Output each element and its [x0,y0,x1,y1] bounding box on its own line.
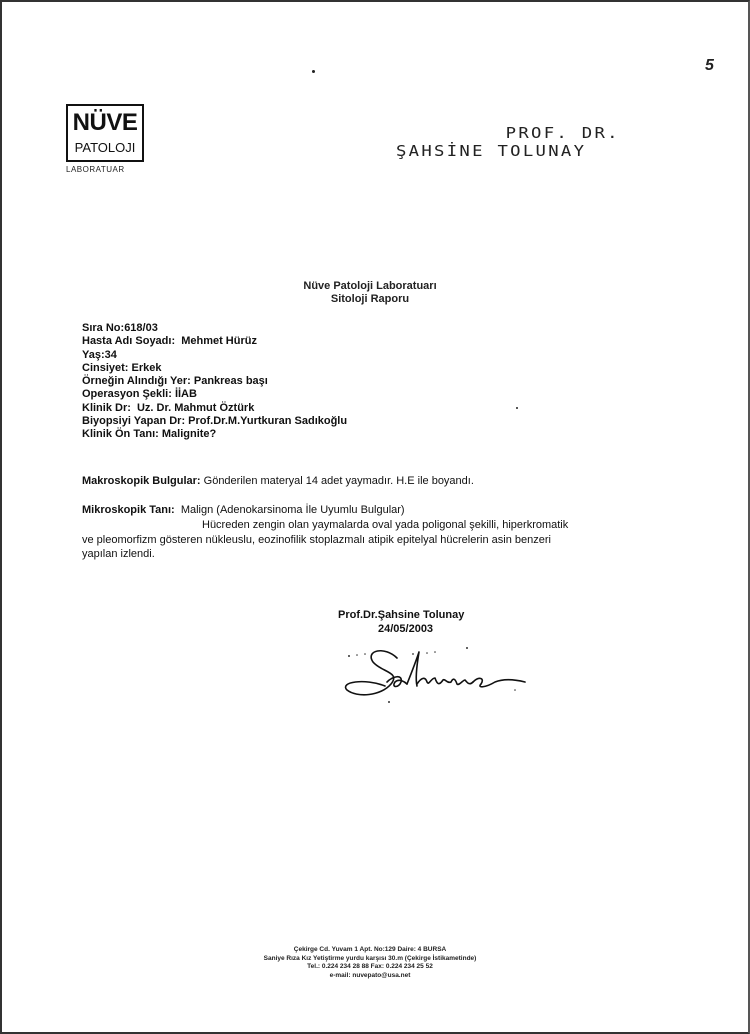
lab-logo: NÜVE PATOLOJI LABORATUAR [66,104,142,174]
microscopic-diagnosis-text: Malign (Adenokarsinoma İle Uyumlu Bulgul… [181,504,405,516]
field-row: Cinsiyet: Erkek [82,362,347,375]
field-row: Biyopsiyi Yapan Dr: Prof.Dr.M.Yurtkuran … [82,415,347,428]
report-heading: Nüve Patoloji Laboratuarı Sitoloji Rapor… [200,280,540,306]
field-row: Klinik Ön Tanı: Malignite? [82,428,347,441]
report-type: Sitoloji Raporu [200,293,540,306]
field-value: Pankreas başı [194,375,268,387]
logo-caption: LABORATUAR [66,165,142,174]
macroscopic-text: Gönderilen materyal 14 adet yaymadır. H.… [204,475,474,487]
patient-fields: Sıra No:618/03 Hasta Adı Soyadı: Mehmet … [82,322,347,442]
signature-date: 24/05/2003 [338,622,518,636]
field-value: Erkek [132,362,162,374]
field-value: Mehmet Hürüz [181,335,257,347]
footer-address: Çekirge Cd. Yuvam 1 Apt. No:129 Daire: 4… [220,946,520,955]
field-label: Klinik Dr: [82,402,131,414]
microscopic-description: Hücreden zengin olan yaymalarda oval yad… [82,518,672,562]
macroscopic-findings: Makroskopik Bulgular: Gönderilen materya… [82,474,662,488]
field-label: Yaş: [82,349,105,361]
macroscopic-label: Makroskopik Bulgular: [82,475,201,487]
letterhead-title: PROF. DR. [396,124,707,142]
field-label: Klinik Ön Tanı: [82,428,159,440]
microscopic-label: Mikroskopik Tanı: [82,504,175,516]
field-value: Malignite? [162,428,216,440]
logo-box: NÜVE PATOLOJI [66,104,144,162]
scan-speck [312,70,315,73]
footer-directions: Saniye Rıza Kız Yetiştirme yurdu karşısı… [220,955,520,964]
lab-contact-footer: Çekirge Cd. Yuvam 1 Apt. No:129 Daire: 4… [220,946,520,980]
field-label: Biyopsiyi Yapan Dr: [82,415,185,427]
field-label: Sıra No: [82,322,124,334]
letterhead: PROF. DR. ŞAHSİNE TOLUNAY [396,124,707,160]
microscopic-diagnosis: Mikroskopik Tanı: Malign (Adenokarsinoma… [82,503,662,517]
description-line: Hücreden zengin olan yaymalarda oval yad… [82,518,672,533]
field-row: Operasyon Şekli: İİAB [82,388,347,401]
lab-name: Nüve Patoloji Laboratuarı [200,280,540,293]
field-value: Uz. Dr. Mahmut Öztürk [137,402,254,414]
footer-phone-fax: Tel.: 0.224 234 28 88 Fax: 0.224 234 25 … [220,963,520,972]
scan-speck [516,407,518,409]
field-row: Yaş:34 [82,349,347,362]
field-label: Örneğin Alındığı Yer: [82,375,191,387]
field-value: 34 [105,349,117,361]
letterhead-name: ŞAHSİNE TOLUNAY [396,142,707,160]
description-line: ve pleomorfizm gösteren nükleuslu, eozin… [82,533,672,548]
signature-icon [335,638,535,708]
footer-email: e-mail: nuvepato@usa.net [220,972,520,981]
page-mark: 5 [705,57,714,75]
logo-subtitle: PATOLOJI [71,140,139,156]
signature-block: Prof.Dr.Şahsine Tolunay 24/05/2003 [338,608,518,636]
field-label: Operasyon Şekli: [82,388,172,400]
field-label: Hasta Adı Soyadı: [82,335,175,347]
field-value: Prof.Dr.M.Yurtkuran Sadıkoğlu [188,415,347,427]
field-row: Sıra No:618/03 [82,322,347,335]
field-row: Klinik Dr: Uz. Dr. Mahmut Öztürk [82,402,347,415]
logo-subtitle-text: PATOLOJI [75,140,136,155]
field-row: Örneğin Alındığı Yer: Pankreas başı [82,375,347,388]
signer-name: Prof.Dr.Şahsine Tolunay [338,608,518,622]
logo-brand: NÜVE [71,110,139,136]
field-value: 618/03 [124,322,158,334]
field-value: İİAB [175,388,197,400]
field-row: Hasta Adı Soyadı: Mehmet Hürüz [82,335,347,348]
description-line: yapılan izlendi. [82,547,672,562]
field-label: Cinsiyet: [82,362,128,374]
